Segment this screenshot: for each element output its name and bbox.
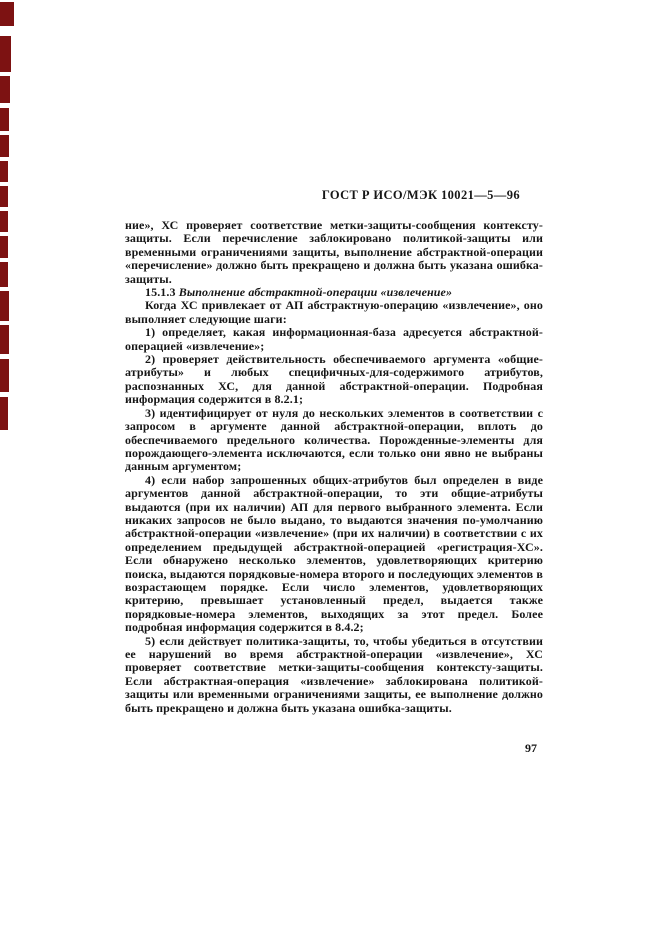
scan-mark — [0, 161, 8, 182]
scan-mark — [0, 262, 8, 287]
document-body: ние», ХС проверяет соответствие метки-за… — [125, 219, 543, 715]
list-item-1: 1) определяет, какая информационная-база… — [125, 326, 543, 353]
running-header-standard-number: ГОСТ Р ИСО/МЭК 10021—5—96 — [125, 188, 543, 203]
scanned-document-page: ГОСТ Р ИСО/МЭК 10021—5—96 ние», ХС прове… — [0, 0, 661, 935]
scan-mark — [0, 186, 8, 207]
scan-mark — [0, 397, 8, 430]
paragraph-steps-lead-in: Когда ХС привлекает от АП абстрактную-оп… — [125, 299, 543, 326]
scan-mark — [0, 76, 10, 103]
section-number: 15.1.3 — [145, 285, 176, 299]
section-heading: 15.1.3 Выполнение абстрактной-операции «… — [125, 286, 543, 299]
paragraph-continuation: ние», ХС проверяет соответствие метки-за… — [125, 219, 543, 286]
list-item-2: 2) проверяет действительность обеспечива… — [125, 353, 543, 407]
scan-mark — [0, 2, 14, 26]
page-number: 97 — [125, 741, 543, 756]
list-item-4: 4) если набор запрошенных общих-атрибуто… — [125, 474, 543, 635]
scan-mark — [0, 135, 9, 157]
scan-mark — [0, 108, 9, 131]
scan-mark — [0, 211, 8, 232]
scan-mark — [0, 236, 8, 258]
scan-mark — [0, 291, 9, 321]
scan-mark — [0, 359, 9, 392]
list-item-5: 5) если действует политика-защиты, то, ч… — [125, 635, 543, 715]
scan-mark — [0, 325, 9, 354]
list-item-3: 3) идентифицирует от нуля до нескольких … — [125, 407, 543, 474]
scan-mark — [0, 36, 11, 72]
section-title: Выполнение абстрактной-операции «извлече… — [179, 285, 452, 299]
scan-edge-artifacts — [0, 0, 20, 460]
